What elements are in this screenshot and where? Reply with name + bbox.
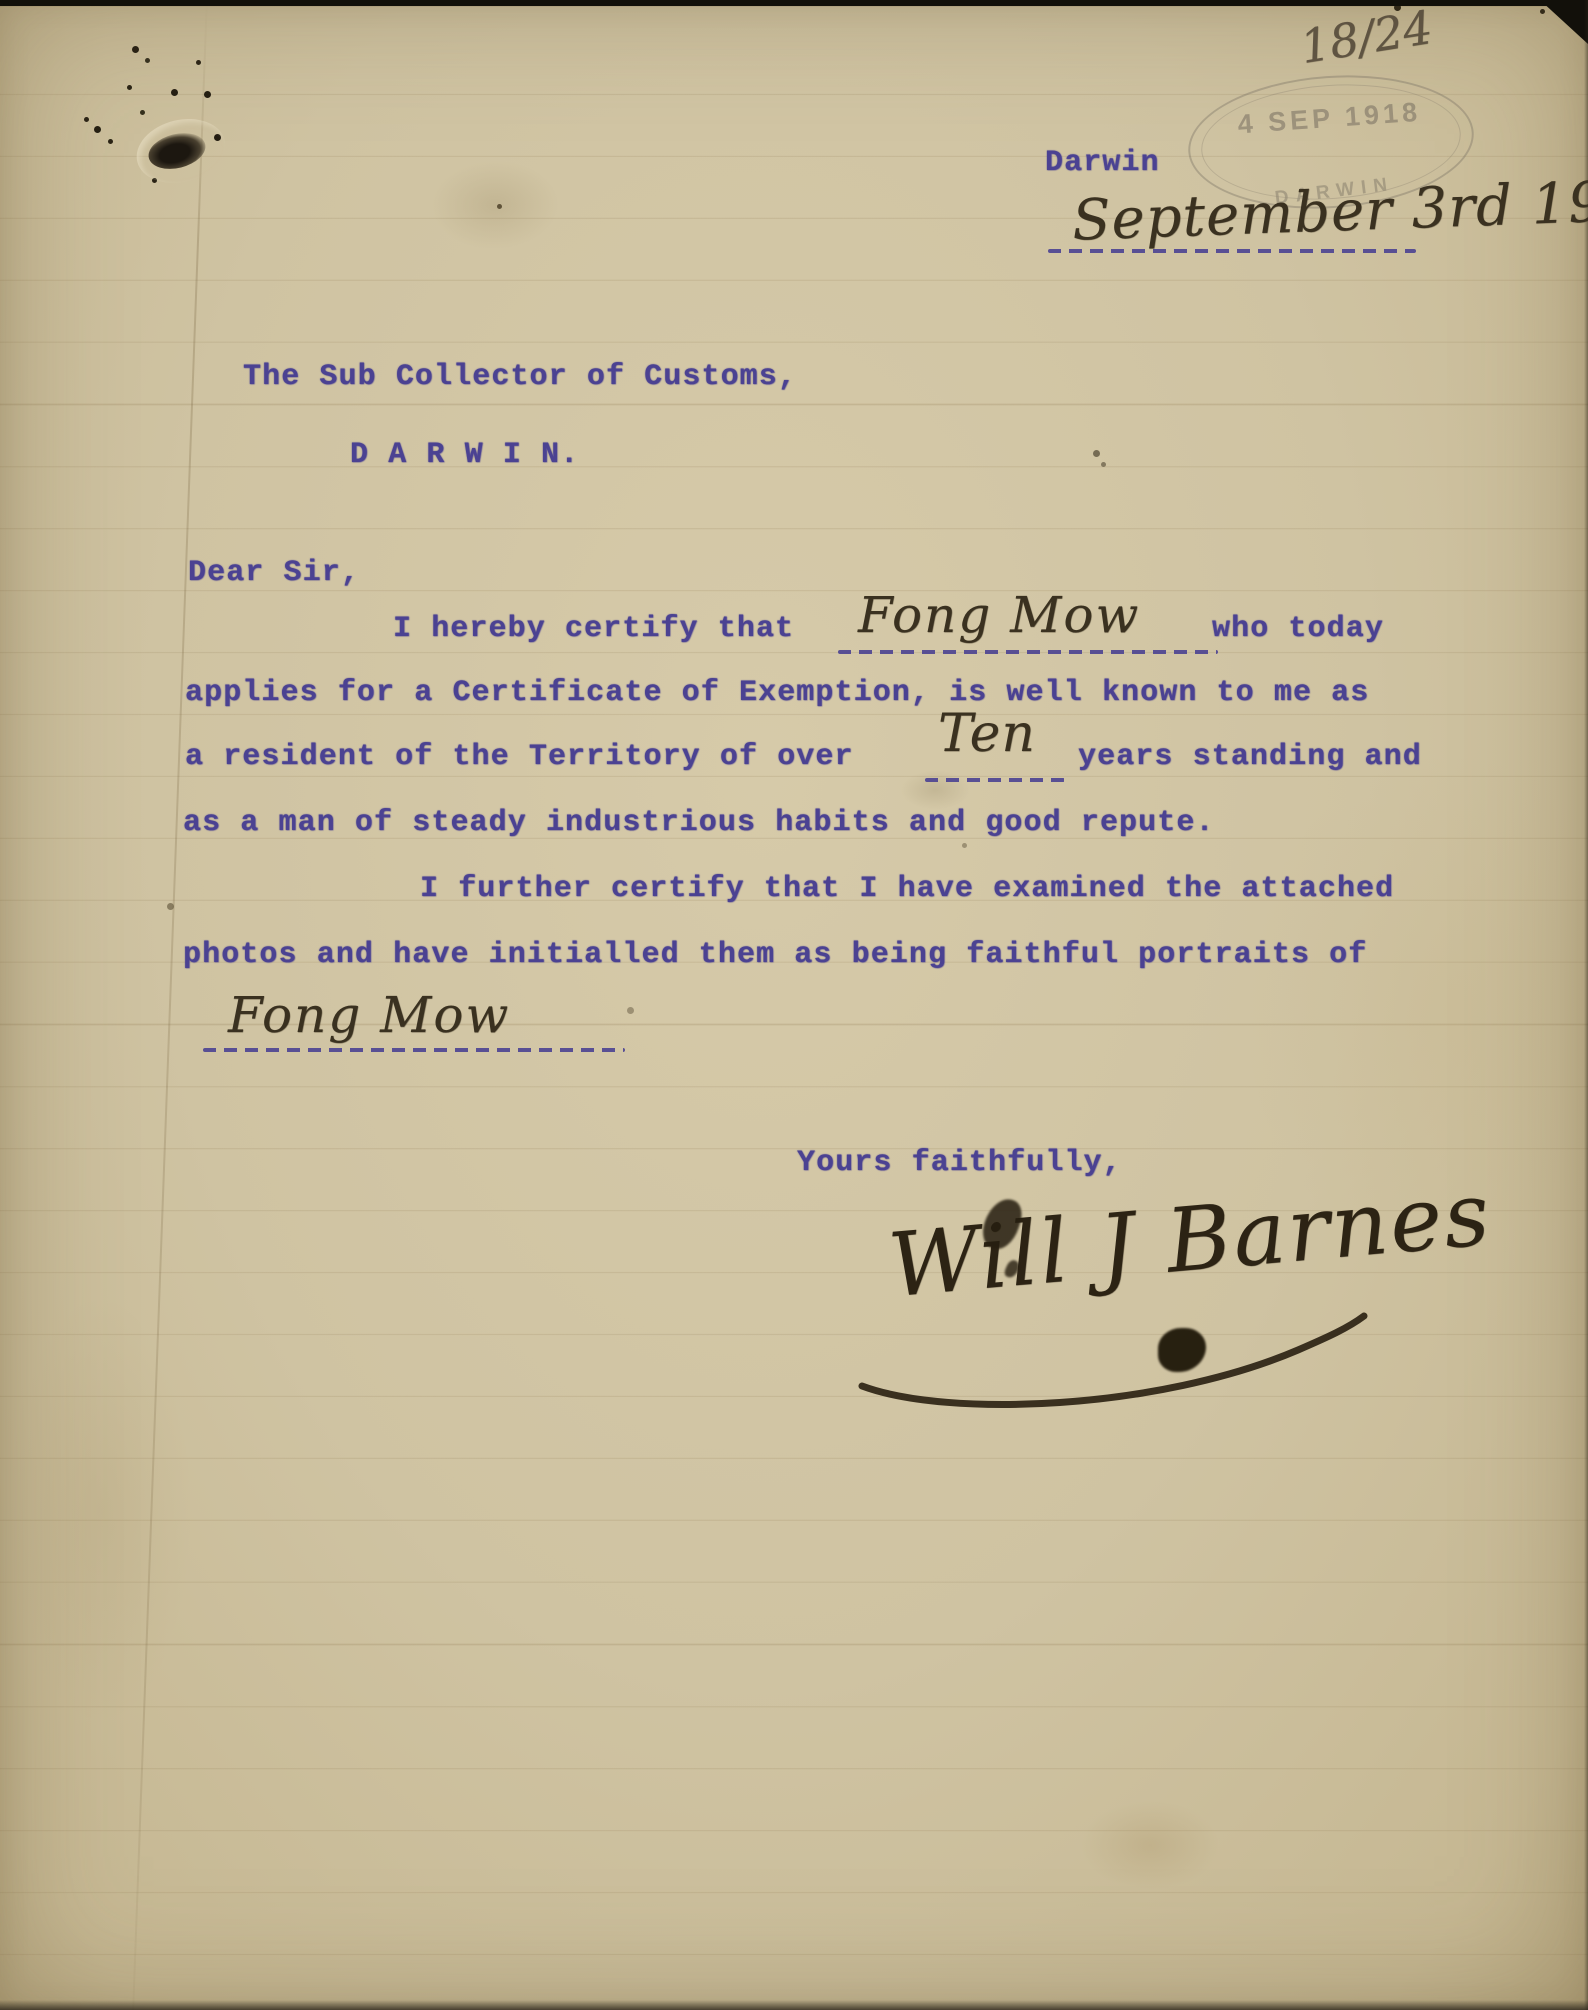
salutation: Dear Sir, — [188, 556, 360, 590]
blank-underline-3 — [203, 1048, 625, 1052]
body-line-6: photos and have initialled them as being… — [183, 938, 1367, 972]
place-line: Darwin — [1045, 146, 1160, 180]
date-line: September 3rd 1918 — [1071, 167, 1588, 253]
body-line-5: I further certify that I have examined t… — [420, 872, 1394, 906]
blank-underline-1 — [838, 650, 1218, 654]
letter-page: 18/24 4 SEP 1918 DARWIN Darwin September… — [0, 0, 1588, 2010]
body-line-2: applies for a Certificate of Exemption, … — [185, 676, 1369, 710]
body-line-3-after: years standing and — [1078, 740, 1422, 774]
paper-crease-line — [132, 0, 208, 2010]
closing-valediction: Yours faithfully, — [797, 1146, 1122, 1180]
body-line-4: as a man of steady industrious habits an… — [183, 806, 1215, 840]
body-line-1-after: who today — [1212, 612, 1384, 646]
body-line-1-typed: I hereby certify that — [393, 612, 794, 646]
blank-underline-2 — [925, 778, 1065, 782]
recipient-line: The Sub Collector of Customs, — [243, 360, 797, 394]
inserted-name-2: Fong Mow — [228, 986, 510, 1044]
recipient-city: D A R W I N. — [350, 438, 579, 472]
inserted-years: Ten — [938, 704, 1036, 764]
archive-number: 18/24 — [1297, 0, 1436, 74]
signature: Will J Barnes — [885, 1162, 1495, 1317]
paper-stain — [10, 1300, 190, 1720]
page-edge-top — [0, 0, 1588, 6]
page-corner-cut — [1540, 0, 1588, 44]
page-edge-right — [1584, 0, 1588, 2010]
signature-flourish — [828, 1298, 1398, 1423]
paper-stain — [900, 770, 970, 810]
page-edge-bottom — [0, 2000, 1588, 2010]
paper-stain — [430, 160, 560, 250]
inserted-name-1: Fong Mow — [858, 586, 1140, 644]
body-line-3-typed: a resident of the Territory of over — [185, 740, 854, 774]
paper-stain — [1080, 1800, 1220, 1890]
